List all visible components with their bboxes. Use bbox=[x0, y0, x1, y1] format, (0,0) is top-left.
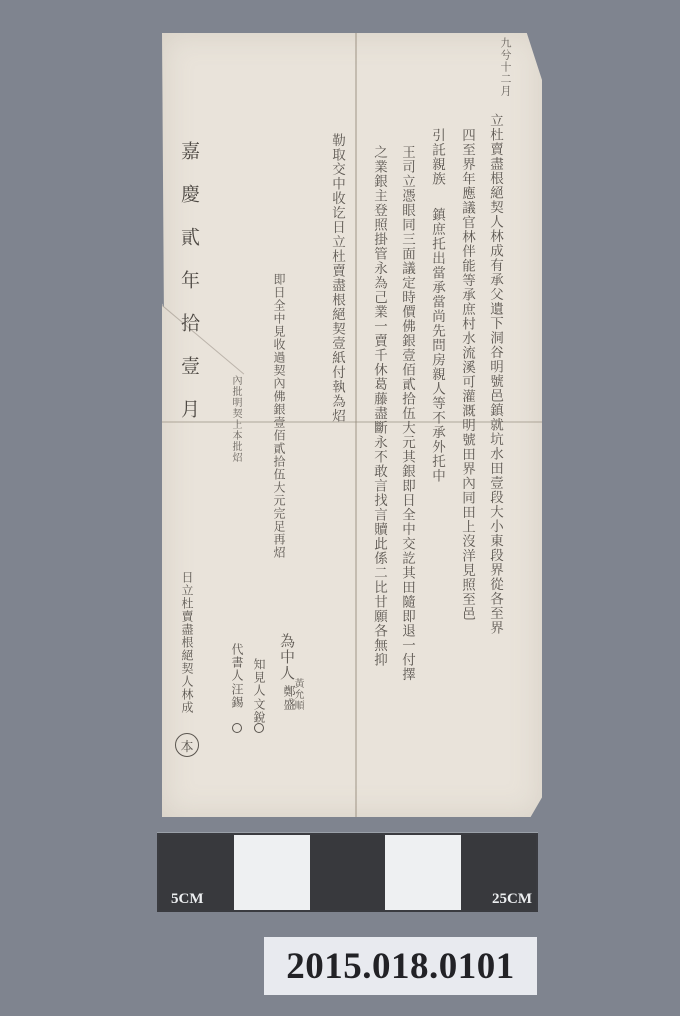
seal-character: 本 bbox=[180, 736, 193, 755]
deed-paper: 九兮十二月 立杜賣盡根絕契人林成有承父遺下洞谷明號邑鎮就坑水田壹段大小東段界從各… bbox=[162, 33, 542, 817]
date-line: 嘉慶貳年拾壹月 bbox=[176, 141, 203, 442]
body-column-5: 之業銀主登照掛管永為己業一賣千休葛藤盡斷永不敢言找言贖此係二比甘願各無抑 bbox=[372, 145, 386, 667]
scale-right-label: 25CM bbox=[492, 891, 532, 908]
body-column-2: 四至界年應議官林伴能等承庶村水流溪可灌溉明號田界內同田上沒洋見照至邑 bbox=[460, 128, 474, 621]
witness-observer-name: 文銳 bbox=[252, 698, 265, 724]
witness-observer-role: 知見人 bbox=[252, 658, 265, 697]
accession-number-label: 2015.018.0101 bbox=[264, 937, 537, 995]
grantor-signature: 日立杜賣盡根絕契人林成 bbox=[180, 571, 193, 714]
scale-segment-2 bbox=[234, 835, 309, 910]
body-column-4: 王司立憑眼同三面議定時價佛銀壹佰貳拾伍大元其銀即日全中交訖其田隨即退一付擇 bbox=[400, 145, 414, 682]
horizontal-fold-line bbox=[162, 421, 542, 423]
scale-left-label: 5CM bbox=[171, 891, 204, 908]
scribe-mark bbox=[232, 723, 242, 733]
witness-scribe-name: 汪錫 bbox=[230, 683, 243, 709]
observer-mark bbox=[254, 723, 264, 733]
witness-scribe-role: 代書人 bbox=[230, 643, 243, 682]
body-column-6: 勒取交中收讫日立杜賣盡根絕契壹紙付執為炤 bbox=[330, 133, 344, 423]
corner-note: 九兮十二月 bbox=[500, 37, 511, 97]
color-scale-bar: 5CM 25CM bbox=[157, 832, 538, 912]
vertical-fold-line bbox=[355, 33, 357, 817]
grantor-seal: 本 bbox=[175, 733, 199, 757]
body-column-3: 引託親族 bbox=[430, 128, 444, 186]
scale-segment-1: 5CM bbox=[159, 835, 234, 910]
witness-middleman-extra: 鄭盛 bbox=[282, 685, 295, 711]
scale-segment-3 bbox=[310, 835, 385, 910]
body-column-3b: 鎮庶托出當承當尚先問房親人等不承外托中 bbox=[430, 193, 444, 483]
scale-segment-4 bbox=[385, 835, 460, 910]
body-column-1: 立杜賣盡根絕契人林成有承父遺下洞谷明號邑鎮就坑水田壹段大小東段界從各至界 bbox=[488, 113, 502, 635]
scale-segment-5: 25CM bbox=[461, 835, 536, 910]
small-note: 內批明契上本批炤 bbox=[230, 375, 241, 463]
receipt-line: 即日全中見收過契內佛銀壹佰貳拾伍大元完足再炤 bbox=[272, 273, 285, 559]
witness-middleman-role: 為中人 bbox=[280, 633, 293, 681]
